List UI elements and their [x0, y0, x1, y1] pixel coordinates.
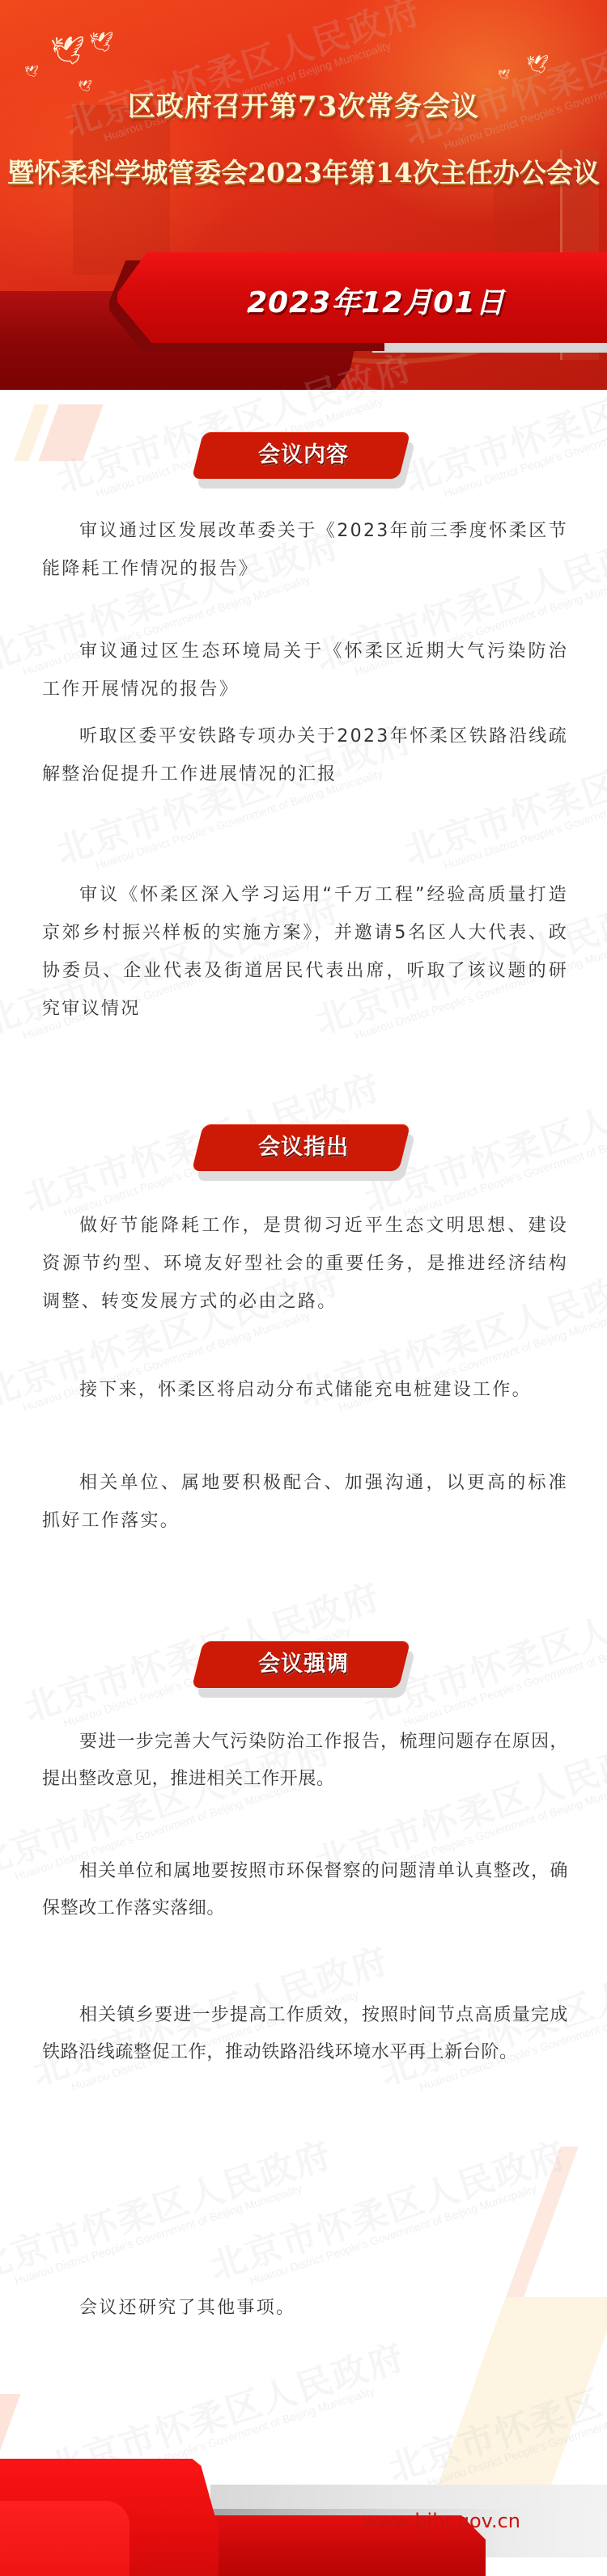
meeting-date: 2023年12月01日	[247, 280, 505, 321]
section-badge-points: 会议指出	[194, 1123, 413, 1187]
building-silhouette	[73, 105, 170, 275]
footer-red-accent	[0, 2501, 129, 2576]
dove-icon: 🕊	[89, 32, 113, 52]
paragraph: 做好节能降耗工作，是贯彻习近平生态文明思想、建设资源节约型、环境友好型社会的重要…	[42, 1207, 568, 1321]
section-title: 会议内容	[194, 437, 413, 468]
footer-grey-highlight	[210, 2485, 607, 2509]
closing-paragraph: 会议还研究了其他事项。	[42, 2289, 568, 2327]
header-banner: 🕊 🕊 🕊 🕊 🕊 🕊 北京市怀柔区人民政府 Huairou District …	[0, 0, 607, 390]
section-title: 会议指出	[194, 1129, 413, 1161]
paragraph: 接下来，怀柔区将启动分布式储能充电桩建设工作。	[42, 1371, 568, 1409]
decor-stripe	[38, 404, 103, 461]
section-badge-emphasis: 会议强调	[194, 1639, 413, 1704]
paragraph: 相关单位、属地要积极配合、加强沟通，以更高的标准抓好工作落实。	[42, 1464, 568, 1540]
paragraph: 审议《怀柔区深入学习运用“千万工程”经验高质量打造京郊乡村振兴样板的实施方案》，…	[42, 876, 568, 1028]
paragraph: 审议通过区发展改革委关于《2023年前三季度怀柔区节能降耗工作情况的报告》	[42, 512, 568, 588]
headline-line-1: 区政府召开第73次常务会议	[0, 84, 607, 124]
paragraph: 听取区委平安铁路专项办关于2023年怀柔区铁路沿线疏解整治促提升工作进展情况的汇…	[42, 717, 568, 793]
watermark: 北京市怀柔区人民政府Huairou District People's Gove…	[0, 2126, 340, 2298]
website-link[interactable]: www.bjhr.gov.cn	[363, 2510, 520, 2532]
paragraph: 要进一步完善大气污染防治工作报告，梳理问题存在原因，提出整改意见，推进相关工作开…	[42, 1724, 568, 1798]
paragraph: 审议通过区生态环境局关于《怀柔区近期大气污染防治工作开展情况的报告》	[42, 632, 568, 709]
article-page: 🕊 🕊 🕊 🕊 🕊 🕊 北京市怀柔区人民政府 Huairou District …	[0, 0, 607, 2576]
dove-icon: 🕊	[24, 66, 39, 78]
headline-line-2: 暨怀柔科学城管委会2023年第14次主任办公会议	[0, 152, 607, 190]
decor-stripe	[433, 2297, 607, 2499]
section-title: 会议强调	[194, 1646, 413, 1677]
dove-icon: 🕊	[526, 57, 549, 74]
paragraph: 相关单位和属地要按照市环保督察的问题清单认真整改，确保整改工作落实落细。	[42, 1853, 568, 1927]
section-badge-content: 会议内容	[194, 430, 413, 495]
dove-icon: 🕊	[50, 37, 85, 65]
dove-icon: 🕊	[498, 70, 510, 79]
banner-grey-strip	[372, 343, 607, 353]
paragraph: 相关镇乡要进一步提高工作质效，按照时间节点高质量完成铁路沿线疏整促工作，推动铁路…	[42, 1997, 568, 2071]
